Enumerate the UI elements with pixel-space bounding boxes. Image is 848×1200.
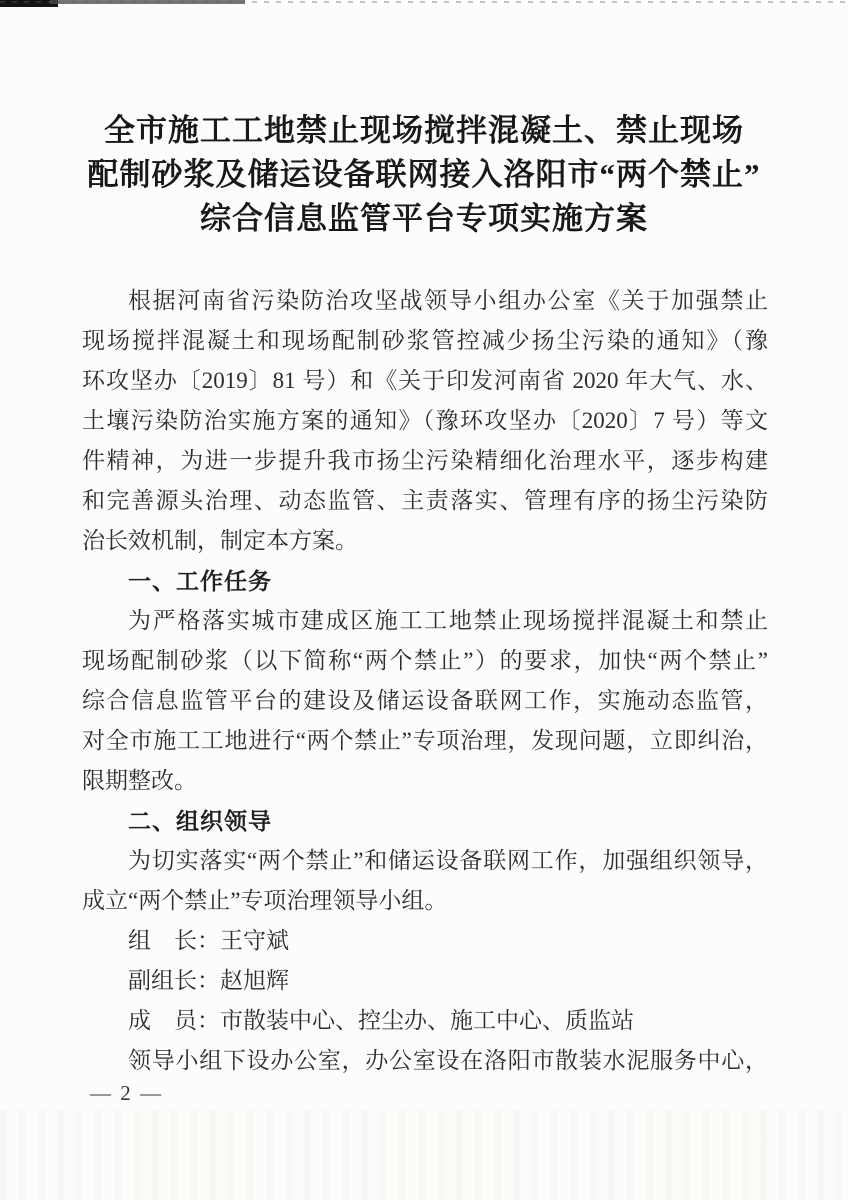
body-line: 成立“两个禁止”专项治理领导小组。 <box>82 881 768 921</box>
body-line: 成 员：市散装中心、控尘办、施工中心、质监站 <box>82 1001 768 1041</box>
body-line: 土壤污染防治实施方案的通知》（豫环攻坚办〔2020〕7 号）等文 <box>82 401 768 441</box>
body-line: 环攻坚办〔2019〕81 号）和《关于印发河南省 2020 年大气、水、 <box>82 361 768 401</box>
body-line: 为切实落实“两个禁止”和储运设备联网工作，加强组织领导， <box>82 841 768 881</box>
body-line: 现场搅拌混凝土和现场配制砂浆管控减少扬尘污染的通知》（豫 <box>82 321 768 361</box>
body-line: 一、工作任务 <box>82 561 768 601</box>
title-line: 综合信息监管平台专项实施方案 <box>55 197 793 241</box>
document-body: 根据河南省污染防治攻坚战领导小组办公室《关于加强禁止现场搅拌混凝土和现场配制砂浆… <box>82 281 768 1081</box>
body-line: 和完善源头治理、动态监管、主责落实、管理有序的扬尘污染防 <box>82 481 768 521</box>
body-line: 为严格落实城市建成区施工工地禁止现场搅拌混凝土和禁止 <box>82 601 768 641</box>
body-line: 综合信息监管平台的建设及储运设备联网工作，实施动态监管， <box>82 681 768 721</box>
body-line: 现场配制砂浆（以下简称“两个禁止”）的要求，加快“两个禁止” <box>82 641 768 681</box>
title-line: 全市施工工地禁止现场搅拌混凝土、禁止现场 <box>55 109 793 153</box>
body-line: 副组长：赵旭辉 <box>82 961 768 1001</box>
page-number: — 2 — <box>90 1080 163 1106</box>
scan-artifact-top-dots <box>0 1 848 3</box>
body-line: 限期整改。 <box>82 761 768 801</box>
body-line: 对全市施工工地进行“两个禁止”专项治理，发现问题，立即纠治， <box>82 721 768 761</box>
document-page: 全市施工工地禁止现场搅拌混凝土、禁止现场配制砂浆及储运设备联网接入洛阳市“两个禁… <box>0 0 848 1200</box>
title-line: 配制砂浆及储运设备联网接入洛阳市“两个禁止” <box>55 153 793 197</box>
body-line: 件精神，为进一步提升我市扬尘污染精细化治理水平，逐步构建 <box>82 441 768 481</box>
body-line: 根据河南省污染防治攻坚战领导小组办公室《关于加强禁止 <box>82 281 768 321</box>
body-line: 组 长：王守斌 <box>82 921 768 961</box>
document-title: 全市施工工地禁止现场搅拌混凝土、禁止现场配制砂浆及储运设备联网接入洛阳市“两个禁… <box>55 109 793 241</box>
body-line: 领导小组下设办公室，办公室设在洛阳市散装水泥服务中心， <box>82 1041 768 1081</box>
body-line: 二、组织领导 <box>82 801 768 841</box>
body-line: 治长效机制，制定本方案。 <box>82 521 768 561</box>
